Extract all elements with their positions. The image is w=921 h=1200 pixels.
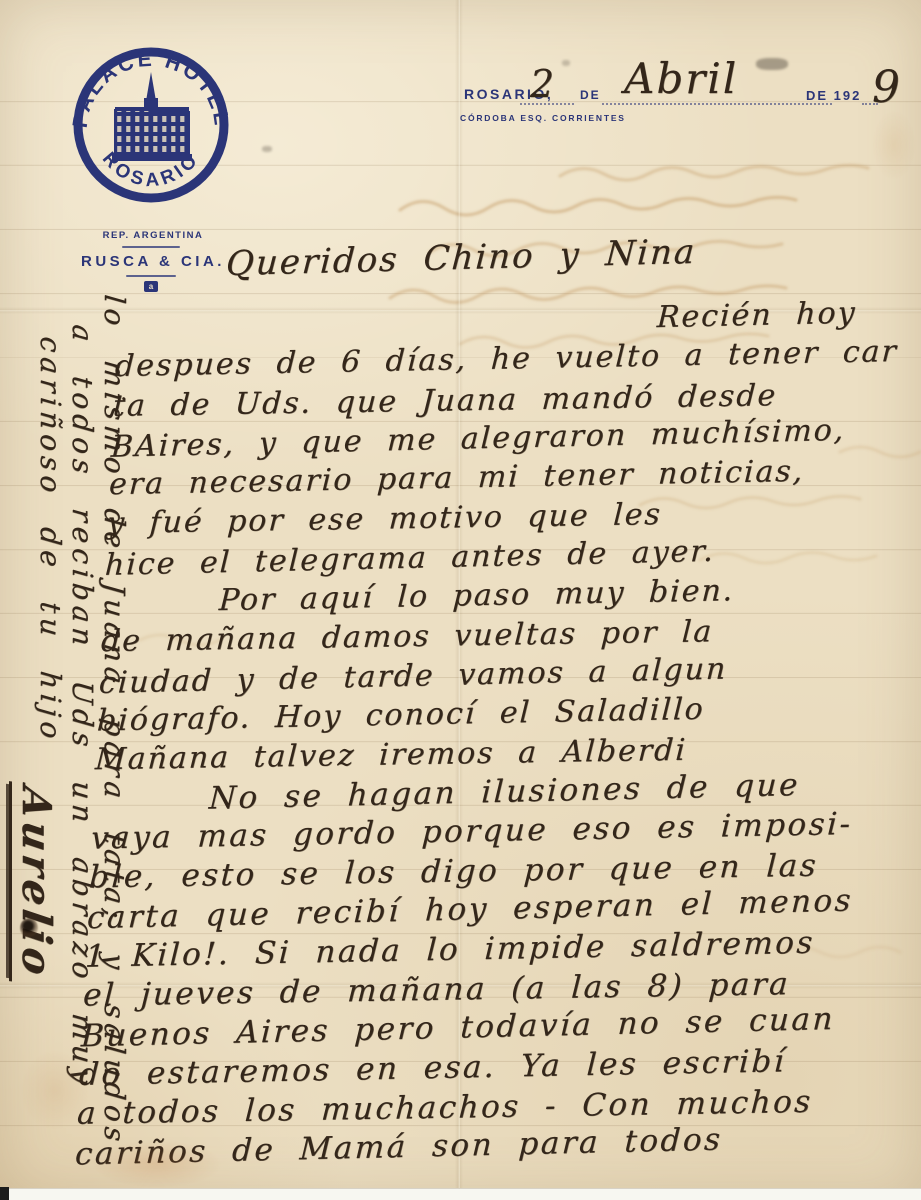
dateline-year-digit-handwritten: 9 [872,62,902,113]
dateline-day-handwritten: 2 [530,62,556,106]
margin-line-3: cariñoso de tu hijo [34,335,66,745]
letter-scan: PALACE HOTEL ROSARIO REP. ARGENTINA RUSC… [0,0,921,1200]
hotel-building-icon [112,72,192,161]
scanner-edge-strip [0,1188,921,1200]
scanner-corner-shadow [0,1187,9,1200]
dateline-de: DE [580,88,601,102]
margin-line-1: lo mismo de Juana para tata; y saludos [98,293,130,1147]
letterhead-address: CÓRDOBA ESQ. CORRIENTES [460,113,626,123]
letterhead-rule-2 [126,275,176,277]
letterhead-country: REP. ARGENTINA [88,230,218,241]
stain-right-edge [872,110,916,180]
printer-mark: a [144,281,158,292]
dateline-month-handwritten: Abril [624,54,738,103]
letterhead-company: RUSCA & CIA. [70,253,236,270]
palace-hotel-logo: PALACE HOTEL ROSARIO [70,44,232,206]
salutation: Queridos Chino y Nina [225,232,698,284]
signature: Aurelio [9,781,58,988]
ink-blot [20,918,38,938]
margin-line-2: a todos reciban Uds un abrazo muy [66,323,98,1090]
smudge-left-of-date [262,146,272,152]
smudge-above-date [756,58,788,70]
letter-body: Recién hoydespues de 6 días, he vuelto a… [74,293,913,1174]
letterhead-rule-1 [122,246,180,248]
handwritten-line: Recién hoy [656,292,913,337]
smudge-dot [562,60,570,66]
dateline-year-prefix: DE 192 [806,88,861,103]
